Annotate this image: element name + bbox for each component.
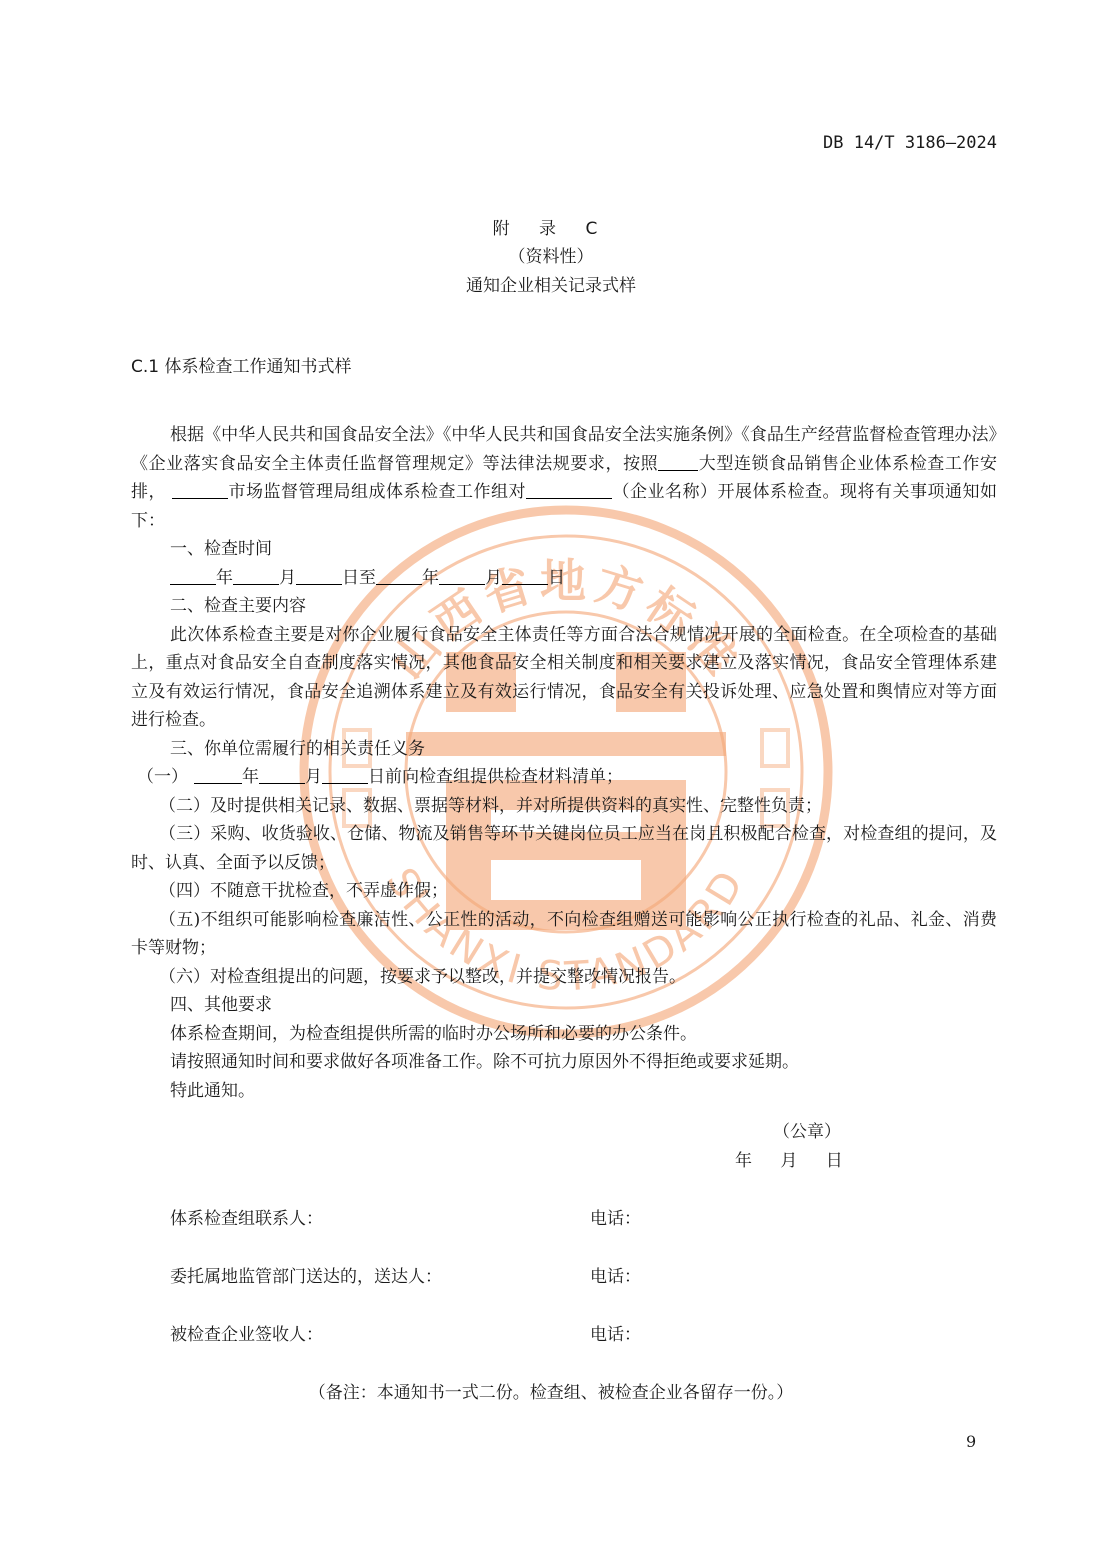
inspection-content-text: 此次体系检查主要是对你企业履行食品安全主体责任等方面合法合规情况开展的全面检查。… <box>131 621 997 735</box>
appendix-title: 通知企业相关记录式样 <box>0 271 1102 296</box>
heading-inspection-content: 二、检查主要内容 <box>131 592 997 621</box>
phone-company-recipient: 电话： <box>590 1320 641 1345</box>
signature-date: 年 月 日 <box>735 1146 843 1171</box>
intro-paragraph: 根据《中华人民共和国食品安全法》《中华人民共和国食品安全法实施条例》《食品生产经… <box>131 421 997 535</box>
heading-other-requirements: 四、其他要求 <box>131 991 997 1020</box>
standard-number: DB 14/T 3186—2024 <box>823 133 997 153</box>
notice-body: 根据《中华人民共和国食品安全法》《中华人民共和国食品安全法实施条例》《食品生产经… <box>131 421 997 1105</box>
blank-bureau[interactable] <box>172 481 228 499</box>
blank-deadline-month[interactable] <box>259 766 305 784</box>
other-requirement-2: 请按照通知时间和要求做好各项准备工作。除不可抗力原因外不得拒绝或要求延期。 <box>131 1048 997 1077</box>
inspection-date-line: 年月日至年月日 <box>131 564 997 593</box>
blank-end-year[interactable] <box>376 567 422 585</box>
remark-note: （备注：本通知书一式二份。检查组、被检查企业各留存一份。） <box>0 1378 1102 1403</box>
phone-delivery-person: 电话： <box>590 1262 641 1287</box>
obligation-3: （三）采购、收货验收、仓储、物流及销售等环节关键岗位员工应当在岗且积极配合检查，… <box>131 820 997 877</box>
other-requirement-1: 体系检查期间，为检查组提供所需的临时办公场所和必要的办公条件。 <box>131 1020 997 1049</box>
heading-inspection-time: 一、检查时间 <box>131 535 997 564</box>
official-seal-label: （公章） <box>773 1117 841 1142</box>
phone-inspection-group: 电话： <box>590 1204 641 1229</box>
contact-inspection-group: 体系检查组联系人： <box>170 1204 323 1229</box>
heading-obligations: 三、你单位需履行的相关责任义务 <box>131 735 997 764</box>
obligation-4: （四）不随意干扰检查，不弄虚作假； <box>131 877 997 906</box>
obligation-6: （六）对检查组提出的问题，按要求予以整改，并提交整改情况报告。 <box>131 963 997 992</box>
blank-deadline-year[interactable] <box>194 766 242 784</box>
blank-start-month[interactable] <box>233 567 279 585</box>
contact-company-recipient: 被检查企业签收人： <box>170 1320 323 1345</box>
appendix-nature: （资料性） <box>0 242 1102 267</box>
page-number: 9 <box>966 1432 976 1451</box>
obligation-2: （二）及时提供相关记录、数据、票据等材料，并对所提供资料的真实性、完整性负责； <box>131 792 997 821</box>
blank-end-day[interactable] <box>502 567 548 585</box>
section-title: C.1 体系检查工作通知书式样 <box>131 352 352 377</box>
appendix-label: 附 录 C <box>0 214 1102 239</box>
obligation-1: （一）年月日前向检查组提供检查材料清单； <box>131 763 997 792</box>
closing-text: 特此通知。 <box>131 1077 997 1106</box>
obligation-5: （五)不组织可能影响检查廉洁性、公正性的活动，不向检查组赠送可能影响公正执行检查… <box>131 906 997 963</box>
contact-delivery-person: 委托属地监管部门送达的，送达人： <box>170 1262 442 1287</box>
blank-start-year[interactable] <box>170 567 216 585</box>
blank-end-month[interactable] <box>439 567 485 585</box>
blank-region[interactable] <box>658 453 698 471</box>
blank-deadline-day[interactable] <box>322 766 368 784</box>
blank-company[interactable] <box>526 481 612 499</box>
blank-start-day[interactable] <box>296 567 342 585</box>
